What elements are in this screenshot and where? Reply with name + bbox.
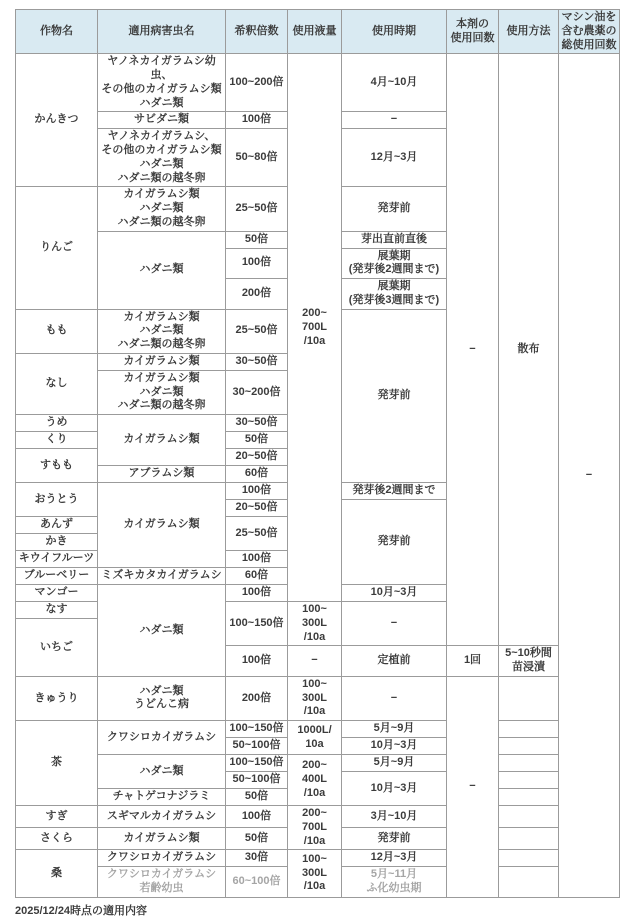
- header-cell: 使用時期: [342, 10, 447, 54]
- table-cell: 20~50倍: [226, 449, 288, 466]
- table-row: ハダニ類100~150倍200~ 400L /10a5月~9月: [16, 755, 620, 772]
- table-cell: 50~100倍: [226, 738, 288, 755]
- table-cell: 展葉期 (発芽後2週間まで): [342, 248, 447, 279]
- table-cell: ブルーベリー: [16, 568, 98, 585]
- table-cell: すぎ: [16, 806, 98, 828]
- table-cell: 50~80倍: [226, 129, 288, 187]
- table-cell: −: [342, 602, 447, 646]
- table-cell: 60倍: [226, 568, 288, 585]
- table-cell: [499, 721, 559, 738]
- table-cell: 発芽前: [342, 828, 447, 850]
- table-cell: 50倍: [226, 789, 288, 806]
- table-cell: カイガラムシ類 ハダニ類 ハダニ類の越冬卵: [98, 370, 226, 414]
- table-cell: −: [447, 676, 499, 897]
- table-cell: −: [288, 646, 342, 677]
- table-cell: 25~50倍: [226, 309, 288, 353]
- table-cell: 100~200倍: [226, 54, 288, 112]
- table-cell: 100~ 300L /10a: [288, 602, 342, 646]
- table-cell: カイガラムシ類: [98, 415, 226, 466]
- table-row: きゅうりハダニ類 うどんこ病200倍100~ 300L /10a−−: [16, 676, 620, 720]
- table-cell: なす: [16, 602, 98, 619]
- table-cell: [499, 738, 559, 755]
- table-cell: カイガラムシ類 ハダニ類 ハダニ類の越冬卵: [98, 187, 226, 231]
- table-cell: いちご: [16, 619, 98, 677]
- table-cell: 展葉期 (発芽後3週間まで): [342, 279, 447, 310]
- table-cell: アブラムシ類: [98, 466, 226, 483]
- table-cell: [499, 772, 559, 789]
- table-cell: 100倍: [226, 248, 288, 279]
- table-cell: すもも: [16, 449, 98, 483]
- table-row: 茶クワシロカイガラムシ100~150倍1000L/ 10a5月~9月: [16, 721, 620, 738]
- table-row: 桑クワシロカイガラムシ30倍100~ 300L /10a12月~3月: [16, 850, 620, 867]
- table-cell: 100倍: [226, 806, 288, 828]
- table-cell: 200倍: [226, 676, 288, 720]
- table-cell: 10月~3月: [342, 738, 447, 755]
- header-cell: マシン油を 含む農薬の 総使用回数: [559, 10, 620, 54]
- header-row: 作物名適用病害虫名希釈倍数使用液量使用時期本剤の 使用回数使用方法マシン油を 含…: [16, 10, 620, 54]
- page: 作物名適用病害虫名希釈倍数使用液量使用時期本剤の 使用回数使用方法マシン油を 含…: [0, 0, 640, 917]
- header-cell: 使用液量: [288, 10, 342, 54]
- table-cell: 12月~3月: [342, 129, 447, 187]
- table-cell: 30~200倍: [226, 370, 288, 414]
- table-cell: 200~ 700L /10a: [288, 806, 342, 850]
- table-row: すぎスギマルカイガラムシ100倍200~ 700L /10a3月~10月: [16, 806, 620, 828]
- table-cell: クワシロカイガラムシ: [98, 721, 226, 755]
- table-cell: 100~150倍: [226, 755, 288, 772]
- table-cell: チャトゲコナジラミ: [98, 789, 226, 806]
- header-cell: 希釈倍数: [226, 10, 288, 54]
- table-cell: サビダニ類: [98, 112, 226, 129]
- table-cell: マンゴー: [16, 585, 98, 602]
- table-cell: 10月~3月: [342, 772, 447, 806]
- table-cell: 50倍: [226, 231, 288, 248]
- table-cell: 200~ 700L /10a: [288, 54, 342, 602]
- table-cell: 桑: [16, 850, 98, 898]
- table-cell: クワシロカイガラムシ: [98, 850, 226, 867]
- table-cell: 4月~10月: [342, 54, 447, 112]
- table-cell: 100倍: [226, 585, 288, 602]
- table-cell: 50~100倍: [226, 772, 288, 789]
- table-cell: りんご: [16, 187, 98, 309]
- table-row: かんきつヤノネカイガラムシ幼虫、 その他のカイガラムシ類 ハダニ類100~200…: [16, 54, 620, 112]
- table-cell: [499, 755, 559, 772]
- table-cell: ミズキカタカイガラムシ: [98, 568, 226, 585]
- table-cell: きゅうり: [16, 676, 98, 720]
- table-body: かんきつヤノネカイガラムシ幼虫、 その他のカイガラムシ類 ハダニ類100~200…: [16, 54, 620, 898]
- table-cell: 散布: [499, 54, 559, 646]
- table-cell: 200~ 400L /10a: [288, 755, 342, 806]
- pesticide-usage-table: 作物名適用病害虫名希釈倍数使用液量使用時期本剤の 使用回数使用方法マシン油を 含…: [15, 9, 620, 898]
- table-cell: クワシロカイガラムシ 若齢幼虫: [98, 867, 226, 898]
- table-cell: 3月~10月: [342, 806, 447, 828]
- header-cell: 作物名: [16, 10, 98, 54]
- table-cell: [499, 867, 559, 898]
- footer-note: 2025/12/24時点の適用内容: [15, 902, 622, 917]
- table-cell: カイガラムシ類: [98, 828, 226, 850]
- table-cell: 100~ 300L /10a: [288, 676, 342, 720]
- table-cell: 25~50倍: [226, 517, 288, 551]
- table-cell: おうとう: [16, 483, 98, 517]
- table-cell: −: [559, 54, 620, 898]
- header-cell: 本剤の 使用回数: [447, 10, 499, 54]
- table-cell: スギマルカイガラムシ: [98, 806, 226, 828]
- table-cell: かんきつ: [16, 54, 98, 187]
- table-cell: 30倍: [226, 850, 288, 867]
- table-cell: 5月~9月: [342, 721, 447, 738]
- table-cell: 100~150倍: [226, 721, 288, 738]
- table-cell: 1回: [447, 646, 499, 677]
- table-cell: 1000L/ 10a: [288, 721, 342, 755]
- table-cell: 100倍: [226, 483, 288, 500]
- table-cell: なし: [16, 353, 98, 414]
- table-cell: 12月~3月: [342, 850, 447, 867]
- table-cell: ハダニ類: [98, 585, 226, 677]
- table-cell: 30~50倍: [226, 353, 288, 370]
- table-cell: くり: [16, 432, 98, 449]
- table-cell: カイガラムシ類 ハダニ類 ハダニ類の越冬卵: [98, 309, 226, 353]
- table-cell: [499, 828, 559, 850]
- table-cell: ヤノネカイガラムシ幼虫、 その他のカイガラムシ類 ハダニ類: [98, 54, 226, 112]
- table-cell: 茶: [16, 721, 98, 806]
- table-cell: 100倍: [226, 112, 288, 129]
- table-cell: カイガラムシ類: [98, 353, 226, 370]
- table-cell: 50倍: [226, 828, 288, 850]
- table-cell: 5~10秒間 苗浸漬: [499, 646, 559, 677]
- table-cell: ヤノネカイガラムシ、 その他のカイガラムシ類 ハダニ類 ハダニ類の越冬卵: [98, 129, 226, 187]
- table-cell: −: [342, 112, 447, 129]
- table-cell: [499, 676, 559, 720]
- table-cell: 200倍: [226, 279, 288, 310]
- table-cell: 60~100倍: [226, 867, 288, 898]
- table-cell: 30~50倍: [226, 415, 288, 432]
- table-cell: ハダニ類: [98, 755, 226, 789]
- table-cell: 50倍: [226, 432, 288, 449]
- table-cell: [499, 850, 559, 867]
- table-cell: 発芽前: [342, 187, 447, 231]
- table-cell: 10月~3月: [342, 585, 447, 602]
- table-cell: 100倍: [226, 646, 288, 677]
- table-cell: もも: [16, 309, 98, 353]
- table-cell: キウイフルーツ: [16, 551, 98, 568]
- table-cell: −: [447, 54, 499, 646]
- table-cell: ハダニ類: [98, 231, 226, 309]
- table-cell: 100~150倍: [226, 602, 288, 646]
- table-cell: −: [342, 676, 447, 720]
- table-cell: 5月~11月 ふ化幼虫期: [342, 867, 447, 898]
- table-cell: 100倍: [226, 551, 288, 568]
- table-cell: 100~ 300L /10a: [288, 850, 342, 898]
- table-cell: 5月~9月: [342, 755, 447, 772]
- table-cell: かき: [16, 534, 98, 551]
- table-cell: あんず: [16, 517, 98, 534]
- table-cell: [499, 806, 559, 828]
- table-cell: 発芽前: [342, 309, 447, 483]
- table-cell: カイガラムシ類: [98, 483, 226, 568]
- table-cell: 定植前: [342, 646, 447, 677]
- table-cell: うめ: [16, 415, 98, 432]
- table-cell: [499, 789, 559, 806]
- table-cell: さくら: [16, 828, 98, 850]
- table-cell: 発芽前: [342, 500, 447, 585]
- table-cell: 発芽後2週間まで: [342, 483, 447, 500]
- table-cell: 20~50倍: [226, 500, 288, 517]
- header-cell: 適用病害虫名: [98, 10, 226, 54]
- header-cell: 使用方法: [499, 10, 559, 54]
- table-cell: 25~50倍: [226, 187, 288, 231]
- table-cell: 60倍: [226, 466, 288, 483]
- table-cell: 芽出直前直後: [342, 231, 447, 248]
- table-cell: ハダニ類 うどんこ病: [98, 676, 226, 720]
